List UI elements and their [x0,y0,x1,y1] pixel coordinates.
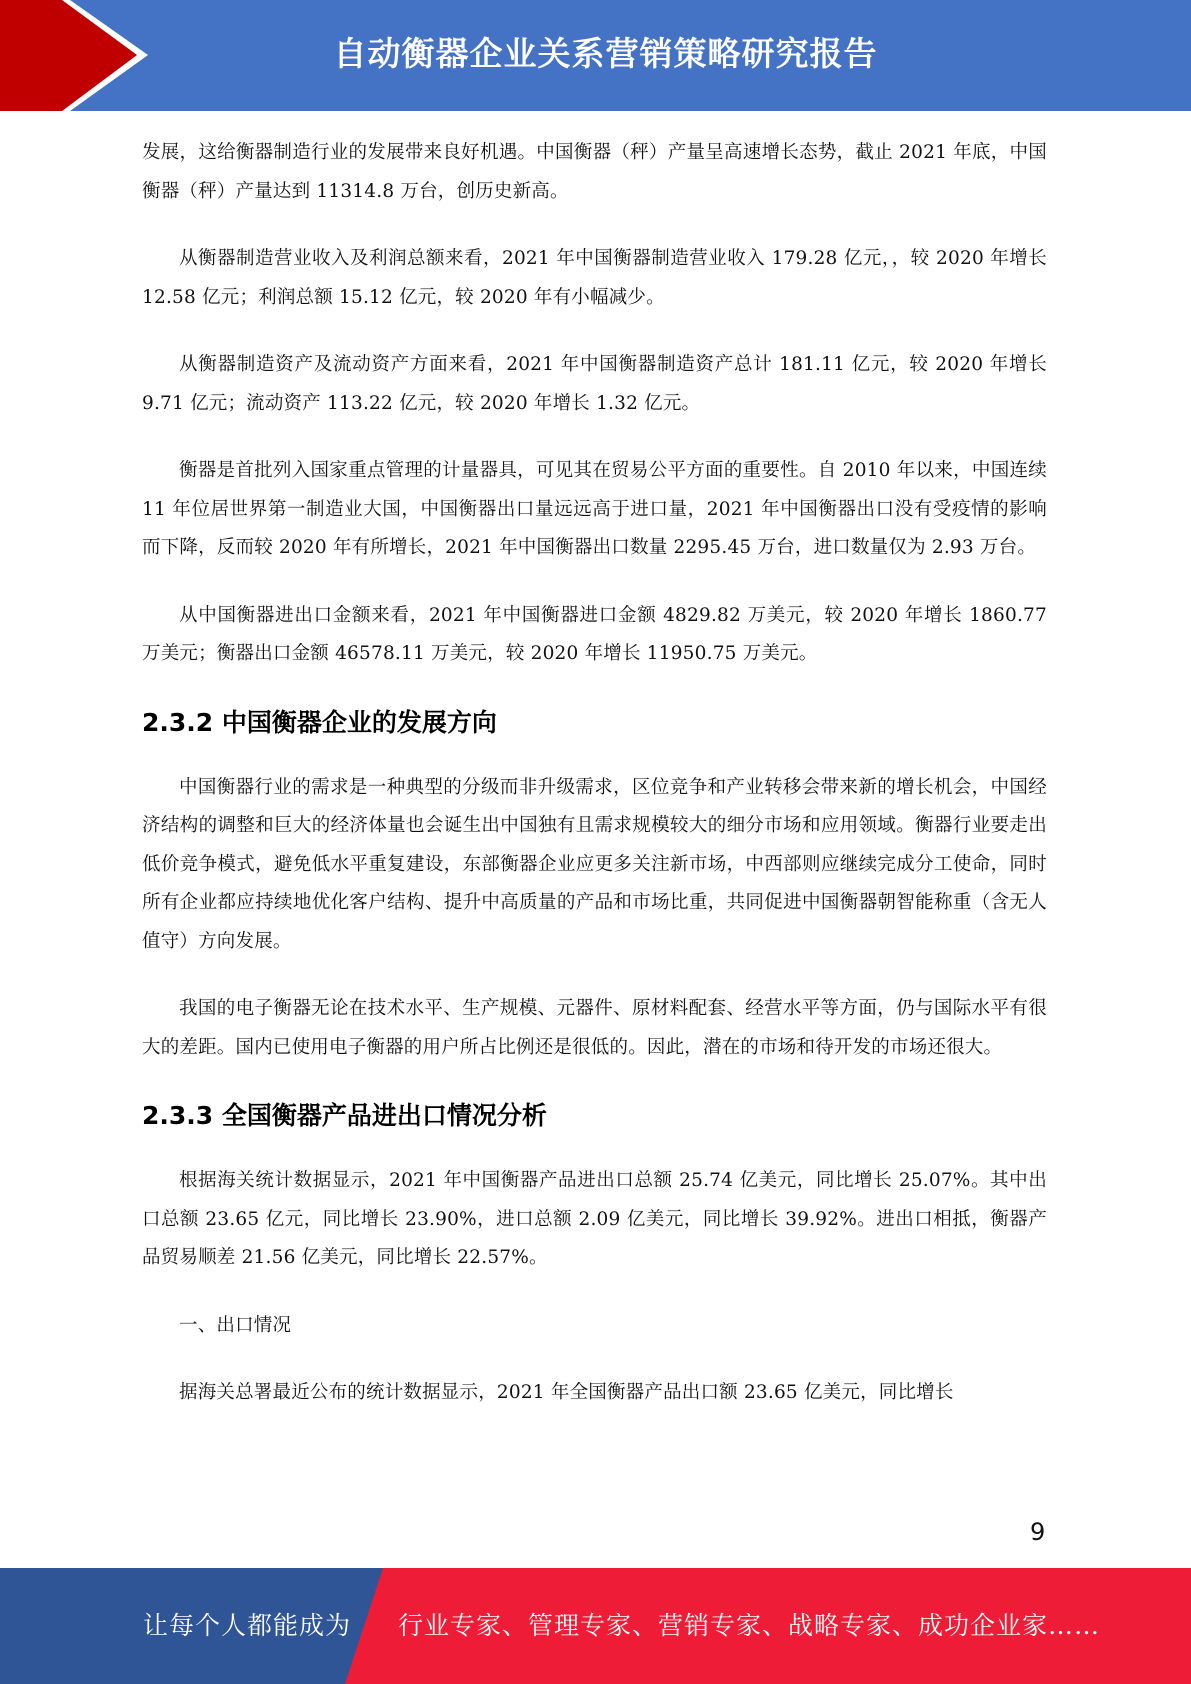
page-header-banner: 自动衡器企业关系营销策略研究报告 [0,0,1191,111]
paragraph: 从衡器制造营业收入及利润总额来看，2021 年中国衡器制造营业收入 179.28… [142,240,1047,317]
paragraph: 中国衡器行业的需求是一种典型的分级而非升级需求，区位竞争和产业转移会带来新的增长… [142,769,1047,962]
paragraph: 从中国衡器进出口金额来看，2021 年中国衡器进口金额 4829.82 万美元，… [142,597,1047,674]
paragraph: 从衡器制造资产及流动资产方面来看，2021 年中国衡器制造资产总计 181.11… [142,346,1047,423]
section-heading-2-3-2: 2.3.2 中国衡器企业的发展方向 [142,703,1047,743]
page-number: 9 [1030,1518,1045,1546]
section-heading-2-3-3: 2.3.3 全国衡器产品进出口情况分析 [142,1096,1047,1136]
footer-slogan-right: 行业专家、管理专家、营销专家、战略专家、成功企业家…… [398,1606,1100,1642]
document-body: 发展，这给衡器制造行业的发展带来良好机遇。中国衡器（秤）产量呈高速增长态势，截止… [142,134,1047,1442]
paragraph: 发展，这给衡器制造行业的发展带来良好机遇。中国衡器（秤）产量呈高速增长态势，截止… [142,134,1047,211]
paragraph: 我国的电子衡器无论在技术水平、生产规模、元器件、原材料配套、经营水平等方面，仍与… [142,990,1047,1067]
subsection-label: 一、出口情况 [142,1307,1047,1346]
paragraph: 根据海关统计数据显示，2021 年中国衡器产品进出口总额 25.74 亿美元，同… [142,1162,1047,1278]
report-title: 自动衡器企业关系营销策略研究报告 [0,28,1191,75]
footer-slogan-left: 让每个人都能成为 [143,1606,351,1642]
paragraph: 衡器是首批列入国家重点管理的计量器具，可见其在贸易公平方面的重要性。自 2010… [142,452,1047,568]
page-footer-banner: 让每个人都能成为 行业专家、管理专家、营销专家、战略专家、成功企业家…… [0,1568,1191,1684]
paragraph: 据海关总署最近公布的统计数据显示，2021 年全国衡器产品出口额 23.65 亿… [142,1374,1047,1413]
